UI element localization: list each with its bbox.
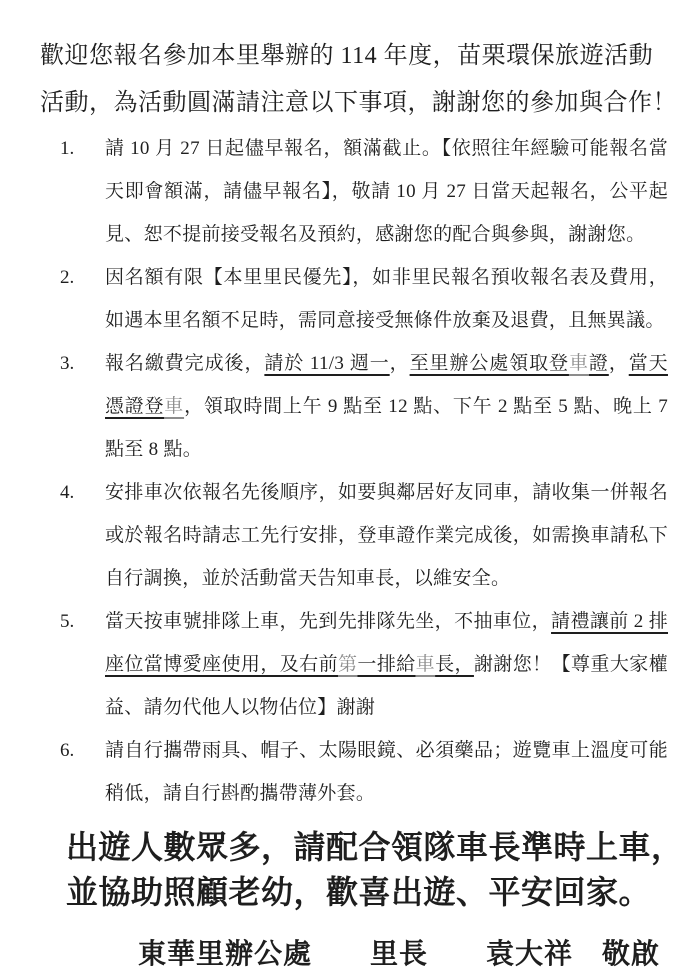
document-header: 歡迎您報名參加本里舉辦的 114 年度，苗栗環保旅遊活動 活動，為活動圓滿請注意… [40, 33, 670, 127]
item-text: 報名繳費完成後，請於 11/3 週一，至里辦公處領取登車證，當天憑證登車，領取時… [105, 342, 668, 471]
item-text: 請 10 月 27 日起儘早報名，額滿截止。【依照往年經驗可能報名當天即會額滿，… [105, 127, 668, 256]
item-number: 2. [60, 256, 105, 342]
text-segment: 車 [569, 353, 589, 374]
notice-item: 2. 因名額有限【本里里民優先】，如非里民報名預收報名表及費用，如遇本里名額不足… [0, 256, 696, 342]
notice-item: 5. 當天按車號排隊上車，先到先排隊先坐，不抽車位，請禮讓前 2 排座位當博愛座… [0, 600, 696, 729]
text-segment: 安排車次依報名先後順序，如要與鄰居好友同車，請收集一併報名或於報名時請志工先行安… [105, 482, 668, 589]
item-number: 5. [60, 600, 105, 729]
notice-item: 3. 報名繳費完成後，請於 11/3 週一，至里辦公處領取登車證，當天憑證登車，… [0, 342, 696, 471]
notice-item: 4. 安排車次依報名先後順序，如要與鄰居好友同車，請收集一併報名或於報名時請志工… [0, 471, 696, 600]
notice-list: 1. 請 10 月 27 日起儘早報名，額滿截止。【依照往年經驗可能報名當天即會… [0, 127, 696, 815]
text-segment: ，領取時間上午 9 點至 12 點、下午 2 點至 5 點、晚上 7 點至 8 … [105, 396, 668, 460]
item-number: 4. [60, 471, 105, 600]
text-segment: 車 [164, 396, 184, 417]
text-segment: 至里辦公處領取登 [410, 353, 569, 374]
closing-line-2: 並協助照顧老幼，歡喜出遊、平安回家。 [66, 870, 696, 915]
text-segment: 請 10 月 27 日起儘早報名，額滿截止。【依照往年經驗可能報名當天即會額滿，… [105, 138, 668, 245]
text-segment: 當天按車號排隊上車，先到先排隊先坐，不抽車位， [105, 611, 551, 632]
text-segment: 長， [435, 654, 474, 675]
item-text: 因名額有限【本里里民優先】，如非里民報名預收報名表及費用，如遇本里名額不足時，需… [105, 256, 668, 342]
closing-notice: 出遊人數眾多，請配合領隊車長準時上車， 並協助照顧老幼，歡喜出遊、平安回家。 [66, 825, 696, 915]
notice-item: 6. 請自行攜帶雨具、帽子、太陽眼鏡、必須藥品；遊覽車上溫度可能稍低，請自行斟酌… [0, 729, 696, 815]
item-text: 安排車次依報名先後順序，如要與鄰居好友同車，請收集一併報名或於報名時請志工先行安… [105, 471, 668, 600]
closing-line-1: 出遊人數眾多，請配合領隊車長準時上車， [66, 825, 696, 870]
text-segment: 因名額有限【本里里民優先】，如非里民報名預收報名表及費用，如遇本里名額不足時，需… [105, 267, 668, 331]
text-segment: 請自行攜帶雨具、帽子、太陽眼鏡、必須藥品；遊覽車上溫度可能稍低，請自行斟酌攜帶薄… [105, 740, 668, 804]
signature-line: 東華里辦公處 里長 袁大祥 敬啟 [138, 935, 696, 973]
item-number: 1. [60, 127, 105, 256]
document-page: 歡迎您報名參加本里舉辦的 114 年度，苗栗環保旅遊活動 活動，為活動圓滿請注意… [0, 0, 696, 973]
notice-item: 1. 請 10 月 27 日起儘早報名，額滿截止。【依照往年經驗可能報名當天即會… [0, 127, 696, 256]
text-segment: 請於 11/3 週一 [264, 353, 389, 374]
text-segment: 第 [338, 654, 357, 675]
text-segment: 報名繳費完成後， [105, 353, 264, 374]
header-line-1: 歡迎您報名參加本里舉辦的 114 年度，苗栗環保旅遊活動 [40, 33, 670, 80]
item-number: 6. [60, 729, 105, 815]
item-text: 請自行攜帶雨具、帽子、太陽眼鏡、必須藥品；遊覽車上溫度可能稍低，請自行斟酌攜帶薄… [105, 729, 668, 815]
item-text: 當天按車號排隊上車，先到先排隊先坐，不抽車位，請禮讓前 2 排座位當博愛座使用，… [105, 600, 668, 729]
text-segment: 一排給 [357, 654, 415, 675]
header-line-2: 活動，為活動圓滿請注意以下事項，謝謝您的參加與合作！ [40, 80, 670, 127]
item-number: 3. [60, 342, 105, 471]
text-segment: 車 [416, 654, 435, 675]
text-segment: ， [609, 353, 629, 374]
text-segment: 證 [589, 353, 609, 374]
text-segment: ， [390, 353, 410, 374]
